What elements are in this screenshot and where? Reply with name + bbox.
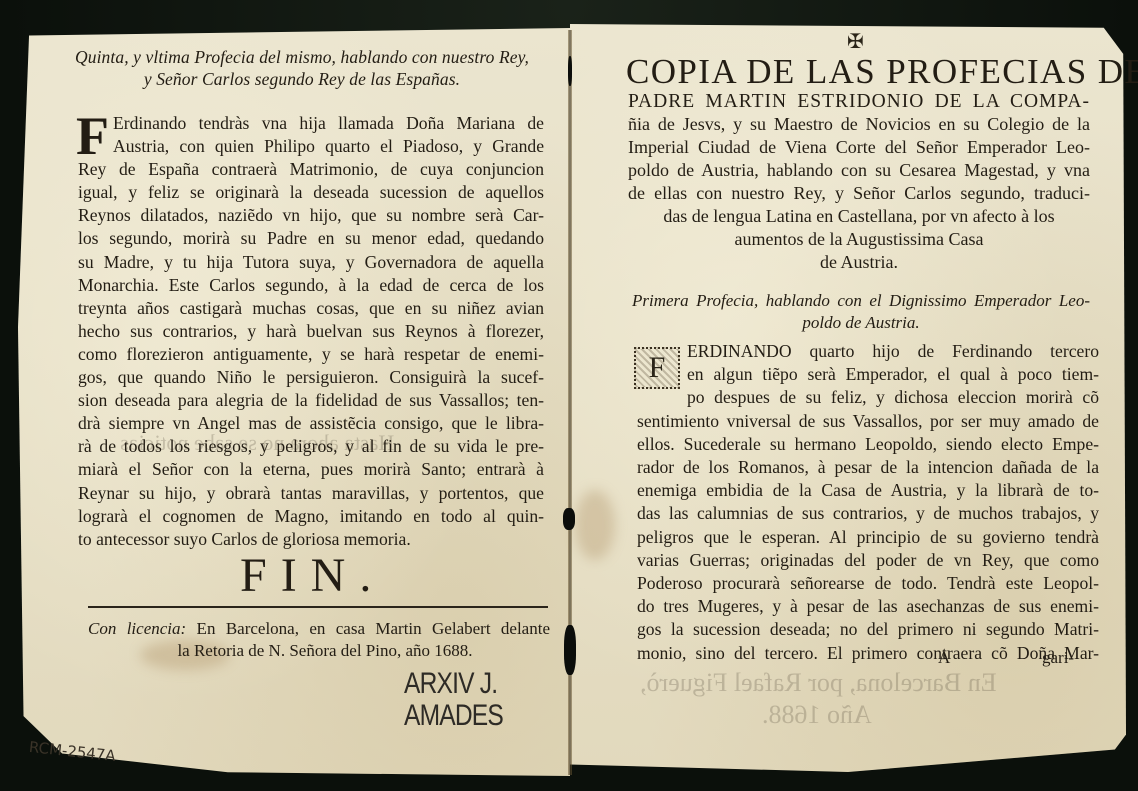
body-line: varias Guerras; originadas del poder de … [637,549,1099,572]
cross-ornament-icon: ✠ [847,32,864,52]
archive-stamp: ARXIV J. AMADES [404,668,502,732]
imprint: Con licencia: En Barcelona, en casa Mart… [88,618,550,662]
imprint-text: En Barcelona, en casa Martin Gelabert de… [186,619,550,638]
title-subtitle: PADRE MARTIN ESTRIDONIO DE LA COMPA- ñia… [628,90,1090,274]
section-heading-line: Primera Profecia, hablando con el Dignis… [632,290,1090,312]
body-line: ellos. Sucederale su hermano Leopoldo, s… [637,433,1099,456]
title-line: das de lengua Latina en Castellana, por … [628,205,1090,228]
body-line: Rey de España contraerà Matrimonio, de c… [78,158,544,181]
left-page-heading: Quinta, y vltima Profecia del mismo, hab… [62,46,542,90]
body-line: Monarchia. Este Carlos segundo, à la eda… [78,274,544,297]
imprint-line-2: la Retoria de N. Señora del Pino, año 16… [88,640,550,662]
body-line: su Madre, y tu hija Tutora suya, y Gover… [78,251,544,274]
left-page-body: F Erdinando tendràs vna hija llamada Doñ… [78,112,544,551]
section-heading-line: poldo de Austria. [632,312,1090,334]
catchword: gari- [1042,648,1074,668]
body-line: drà siempre vn Angel mas de assistẽcia c… [78,412,544,435]
title-line: de Austria. [628,251,1090,274]
drop-capital: F [76,114,109,158]
right-page-body: ERDINANDO quarto hijo de Ferdinando terc… [637,340,1099,665]
show-through-imprint: En Barcelona, por Rafael Figuerò, [640,668,997,698]
title-line: Imperial Ciudad de Viena Corte del Señor… [628,136,1090,159]
body-line: gos, que quando Niño le persiguieron. Co… [78,366,544,389]
title-line: poldo de Austria, hablando con su Cesare… [628,159,1090,182]
body-line: po despues de su feliz, y dichosa elecci… [637,386,1099,409]
paper-stain [575,490,615,560]
body-line: rador de los Romanos, à pesar de la inte… [637,456,1099,479]
heading-line: y Señor Carlos segundo Rey de las España… [62,68,542,90]
body-line: hecho sus contrarios, y harà buelvan sus… [78,320,544,343]
document-title: COPIA DE LAS PROFECIAS DEL [626,54,1088,90]
body-line: sentimiento vniversal de sus Vassallos, … [637,410,1099,433]
body-line: do tres Mugeres, y à pesar de las asecha… [637,595,1099,618]
title-line: PADRE MARTIN ESTRIDONIO DE LA COMPA- [628,90,1090,113]
body-line: peligros que le esperan. Al principio de… [637,526,1099,549]
signature-mark: A [938,648,950,668]
body-line: miarà el Señor con la eterna, pues morir… [78,458,544,481]
body-line: como florezieron antiguamente, y se harà… [78,343,544,366]
ink-blot [564,625,576,675]
body-line: los segundo, morirà su Padre en su menor… [78,227,544,250]
section-heading: Primera Profecia, hablando con el Dignis… [632,290,1090,334]
ink-blot [563,508,575,530]
body-line: treynta años castigarà muchas cosas, que… [78,297,544,320]
body-line: igual, y feliz se originarà la deseada s… [78,181,544,204]
body-line: monio, sino del tercero. El primero cont… [637,642,1099,665]
imprint-line-1: Con licencia: En Barcelona, en casa Mart… [88,618,550,640]
body-line: enemiga embidia de la Casa de Austria, y… [637,479,1099,502]
title-line: aumentos de la Augustissima Casa [628,228,1090,251]
body-line: Austria, con quien Philipo quarto el Pia… [78,135,544,158]
body-line: sion deseada para alegria de la fidelida… [78,389,544,412]
body-line: gos la sucession deseada; no del primero… [637,618,1099,641]
horizontal-rule [88,606,548,608]
fin-colophon: FIN. [240,548,390,604]
title-line: ñia de Jesvs, y su Maestro de Novicios e… [628,113,1090,136]
body-line: das las calumnias de sus contrarios, y d… [637,502,1099,525]
body-line: Reynos dilatados, naziẽdo vn hijo, que s… [78,204,544,227]
body-line: en algun tiẽpo serà Emperador, el qual à… [637,363,1099,386]
license-label: Con licencia: [88,619,186,638]
body-line: Poderoso procurarà señorearse de todo. T… [637,572,1099,595]
ink-mark [568,56,572,86]
body-line: lograrà el cognomen de Magno, imitando e… [78,505,544,528]
body-line: rà de todos los riesgos, y peligros, y a… [78,435,544,458]
body-line: Reynar su hijo, y obrarà tantas maravill… [78,482,544,505]
title-line: de ellas con nuestro Rey, y Señor Carlos… [628,182,1090,205]
stamp-line: ARXIV J. [404,668,502,700]
body-line: Erdinando tendràs vna hija llamada Doña … [78,112,544,135]
stamp-line: AMADES [404,700,502,732]
body-line: ERDINANDO quarto hijo de Ferdinando terc… [637,340,1099,363]
heading-line: Quinta, y vltima Profecia del mismo, hab… [62,46,542,68]
show-through-year: Año 1688. [762,700,872,730]
